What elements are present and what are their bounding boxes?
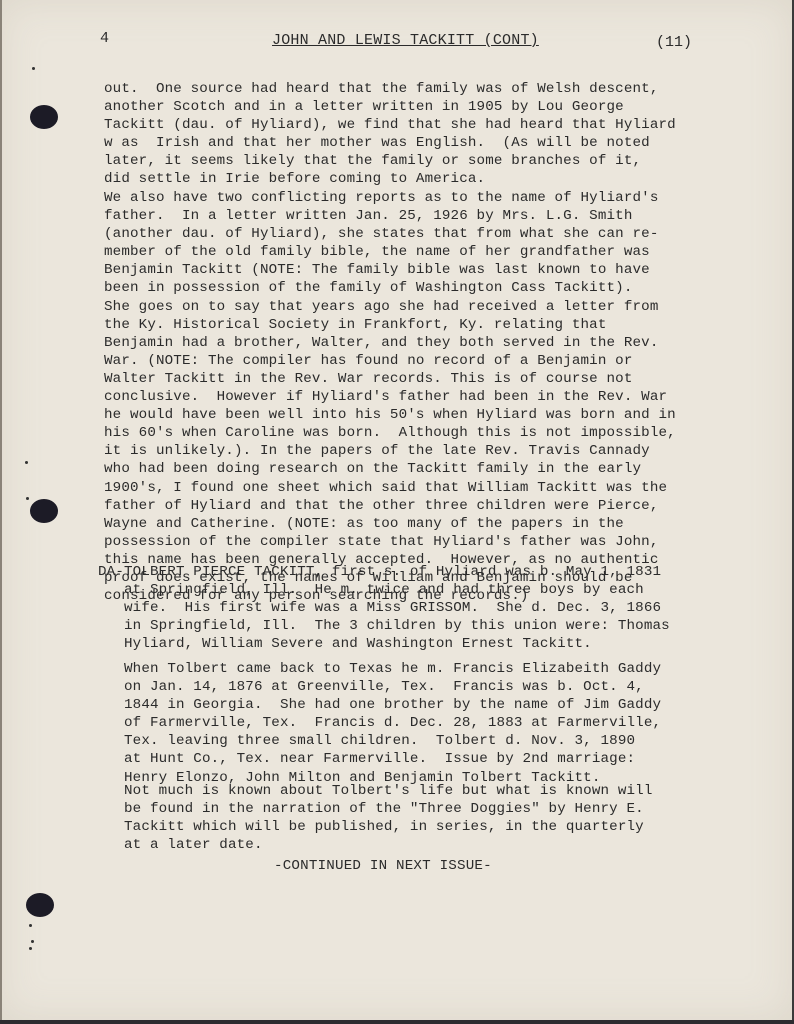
page-number: 4 — [100, 30, 109, 47]
paragraph-tolbert-second-marriage: When Tolbert came back to Texas he m. Fr… — [124, 660, 661, 787]
ink-speck — [26, 497, 29, 500]
ink-speck — [32, 67, 35, 70]
paragraph-tolbert-entry: DA-TOLBERT PIERCE TACKITT, first s. of H… — [98, 563, 670, 653]
page-title: JOHN AND LEWIS TACKITT (CONT) — [272, 32, 539, 49]
paragraph-hyliard-father: We also have two conflicting reports as … — [104, 189, 676, 605]
ink-speck — [31, 940, 34, 943]
page-header: 4 JOHN AND LEWIS TACKITT (CONT) (11) — [0, 30, 794, 54]
punch-hole-top — [30, 105, 58, 129]
issue-number: (11) — [656, 34, 692, 51]
ink-speck — [25, 461, 28, 464]
document-page: 4 JOHN AND LEWIS TACKITT (CONT) (11) out… — [0, 0, 792, 1020]
ink-speck — [29, 947, 32, 950]
continued-notice: -CONTINUED IN NEXT ISSUE- — [274, 858, 492, 874]
paragraph-tolbert-life: Not much is known about Tolbert's life b… — [124, 782, 653, 854]
punch-hole-bottom — [26, 893, 54, 917]
ink-speck — [29, 924, 32, 927]
scan-bottom-border — [0, 1020, 794, 1024]
punch-hole-middle — [30, 499, 58, 523]
page-edge — [0, 0, 2, 1020]
paragraph-descent: out. One source had heard that the famil… — [104, 80, 676, 189]
